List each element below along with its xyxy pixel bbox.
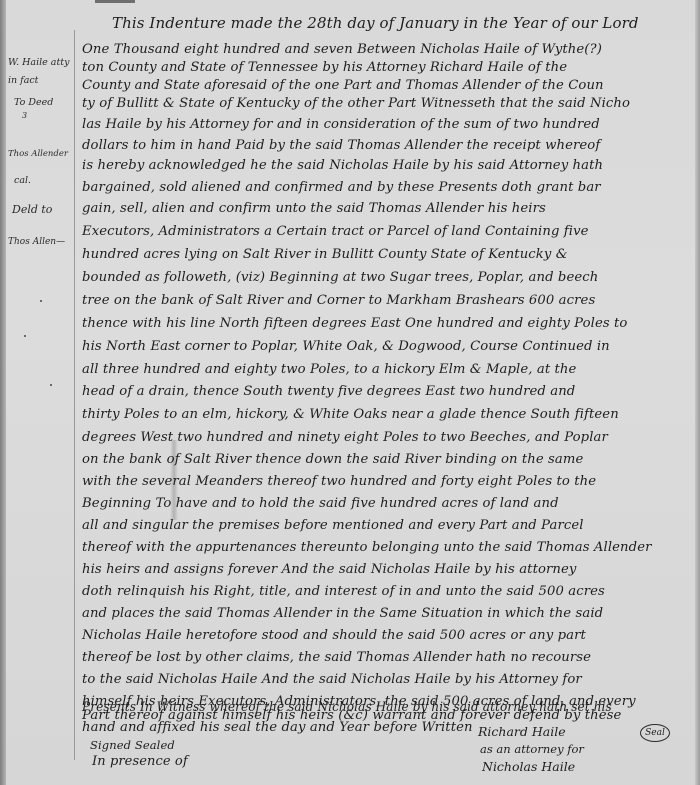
- page-top-mark: [95, 0, 135, 3]
- deed-line: hundred acres lying on Salt River in Bul…: [82, 247, 568, 262]
- deed-line: ty of Bullitt & State of Kentucky of the…: [82, 96, 630, 111]
- ink-spot: [24, 335, 26, 337]
- signature-principal: Nicholas Haile: [482, 759, 575, 774]
- deed-line: to the said Nicholas Haile And the said …: [82, 672, 582, 687]
- margin-rule-line: [74, 30, 75, 760]
- margin-note: cal.: [14, 176, 31, 186]
- margin-note: Deld to: [12, 204, 52, 215]
- signature-capacity: as an attorney for: [480, 742, 584, 756]
- deed-line: Nicholas Haile heretofore stood and shou…: [82, 628, 586, 643]
- margin-note: W. Haile atty: [8, 58, 69, 68]
- deed-line: County and State aforesaid of the one Pa…: [82, 78, 604, 93]
- deed-line: ton County and State of Tennessee by his…: [82, 60, 567, 75]
- ink-spot: [50, 384, 52, 386]
- deed-line: thence with his line North fifteen degre…: [82, 316, 627, 331]
- margin-note: 3: [22, 112, 27, 120]
- signature-name: Richard Haile: [478, 724, 566, 739]
- deed-line: Beginning To have and to hold the said f…: [82, 496, 559, 511]
- deed-line: his North East corner to Poplar, White O…: [82, 339, 610, 354]
- attestation-label: In presence of: [92, 754, 188, 769]
- deed-line: dollars to him in hand Paid by the said …: [82, 138, 600, 153]
- deed-line: thereof with the appurtenances thereunto…: [82, 540, 652, 555]
- deed-line: hand and affixed his seal the day and Ye…: [82, 720, 473, 735]
- deed-line: bounded as followeth, (viz) Beginning at…: [82, 270, 598, 285]
- deed-line: Executors, Administrators a Certain trac…: [82, 224, 589, 239]
- deed-line: doth relinquish his Right, title, and in…: [82, 584, 605, 599]
- deed-line: Presents In Witness whereof the said Nic…: [82, 700, 612, 715]
- deed-line: thereof be lost by other claims, the sai…: [82, 650, 591, 665]
- margin-note: To Deed: [14, 98, 53, 108]
- seal-mark: Seal: [640, 724, 670, 742]
- deed-line: This Indenture made the 28th day of Janu…: [112, 14, 639, 32]
- document-page: W. Haile atty in fact To Deed 3 Thos All…: [0, 0, 700, 785]
- deed-line: head of a drain, thence South twenty fiv…: [82, 384, 575, 399]
- deed-line: One Thousand eight hundred and seven Bet…: [82, 42, 602, 57]
- deed-line: gain, sell, alien and confirm unto the s…: [82, 201, 546, 216]
- margin-note: Thos Allen—: [8, 238, 65, 247]
- deed-line: all three hundred and eighty two Poles, …: [82, 362, 576, 377]
- ink-spot: [40, 300, 42, 302]
- deed-line: and places the said Thomas Allender in t…: [82, 606, 603, 621]
- page-left-edge-shadow: [0, 0, 6, 785]
- deed-line: with the several Meanders thereof two hu…: [82, 474, 596, 489]
- deed-line: tree on the bank of Salt River and Corne…: [82, 293, 595, 308]
- deed-line: on the bank of Salt River thence down th…: [82, 452, 583, 467]
- deed-line: las Haile by his Attorney for and in con…: [82, 117, 600, 132]
- margin-note: Thos Allender: [8, 150, 68, 159]
- deed-line: degrees West two hundred and ninety eigh…: [82, 430, 608, 445]
- signed-sealed-label: Signed Sealed: [90, 738, 175, 752]
- deed-line: is hereby acknowledged he the said Nicho…: [82, 158, 603, 173]
- deed-line: his heirs and assigns forever And the sa…: [82, 562, 576, 577]
- margin-notes: W. Haile atty in fact To Deed 3 Thos All…: [8, 0, 72, 785]
- deed-line: all and singular the premises before men…: [82, 518, 584, 533]
- deed-line: thirty Poles to an elm, hickory, & White…: [82, 407, 619, 422]
- deed-line: bargained, sold aliened and confirmed an…: [82, 180, 601, 195]
- margin-note: in fact: [8, 76, 39, 86]
- page-right-edge-shadow: [695, 0, 700, 785]
